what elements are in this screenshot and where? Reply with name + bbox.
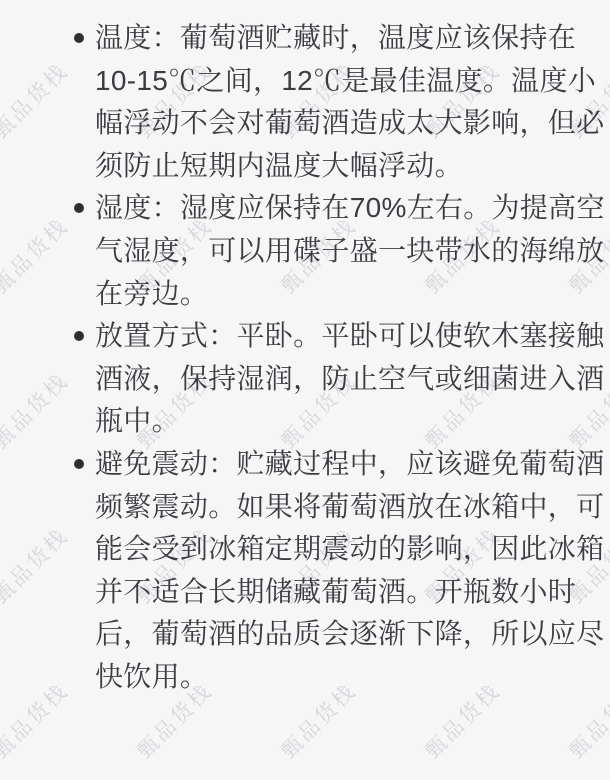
text-line: 气湿度，可以用碟子盛一块带水的海绵放	[95, 230, 605, 273]
text-line: 避免震动：贮藏过程中，应该避免葡萄酒	[95, 443, 605, 486]
text-line: 快饮用。	[95, 656, 605, 699]
text-line: 瓶中。	[95, 400, 605, 443]
text-line: 幅浮动不会对葡萄酒造成太大影响，但必	[95, 102, 605, 145]
watermark-text: 甄品货栈	[0, 365, 75, 454]
text-line: 频繁震动。如果将葡萄酒放在冰箱中，可	[95, 486, 605, 529]
text-line: 须防止短期内温度大幅浮动。	[95, 145, 605, 188]
watermark-text: 甄品货栈	[0, 520, 75, 609]
text-line: 温度：葡萄酒贮藏时，温度应该保持在	[95, 17, 605, 60]
watermark-text: 甄品货栈	[0, 675, 75, 764]
bullet-icon	[74, 33, 84, 43]
text-line: 在旁边。	[95, 273, 605, 316]
text-line: 湿度：湿度应保持在70%左右。为提高空	[95, 187, 605, 230]
bullet-icon	[74, 331, 84, 341]
text-line: 酒液，保持湿润，防止空气或细菌进入酒	[95, 358, 605, 401]
list-item: 放置方式：平卧。平卧可以使软木塞接触酒液，保持湿润，防止空气或细菌进入酒瓶中。	[95, 315, 605, 443]
text-line: 放置方式：平卧。平卧可以使软木塞接触	[95, 315, 605, 358]
watermark-text: 甄品货栈	[0, 210, 75, 299]
list-item: 避免震动：贮藏过程中，应该避免葡萄酒频繁震动。如果将葡萄酒放在冰箱中，可能会受到…	[95, 443, 605, 699]
list-item: 温度：葡萄酒贮藏时，温度应该保持在10-15℃之间，12℃是最佳温度。温度小幅浮…	[95, 17, 605, 187]
bullet-icon	[74, 459, 84, 469]
watermark-text: 甄品货栈	[0, 55, 75, 144]
article-page: 甄品货栈甄品货栈甄品货栈甄品货栈甄品货栈甄品货栈甄品货栈甄品货栈甄品货栈甄品货栈…	[0, 0, 610, 780]
text-line: 10-15℃之间，12℃是最佳温度。温度小	[95, 60, 605, 103]
text-line: 并不适合长期储藏葡萄酒。开瓶数小时	[95, 571, 605, 614]
bullet-icon	[74, 203, 84, 213]
list-item: 湿度：湿度应保持在70%左右。为提高空气湿度，可以用碟子盛一块带水的海绵放在旁边…	[95, 187, 605, 315]
storage-tips-list: 温度：葡萄酒贮藏时，温度应该保持在10-15℃之间，12℃是最佳温度。温度小幅浮…	[95, 17, 605, 699]
text-line: 能会受到冰箱定期震动的影响，因此冰箱	[95, 528, 605, 571]
text-line: 后，葡萄酒的品质会逐渐下降，所以应尽	[95, 613, 605, 656]
